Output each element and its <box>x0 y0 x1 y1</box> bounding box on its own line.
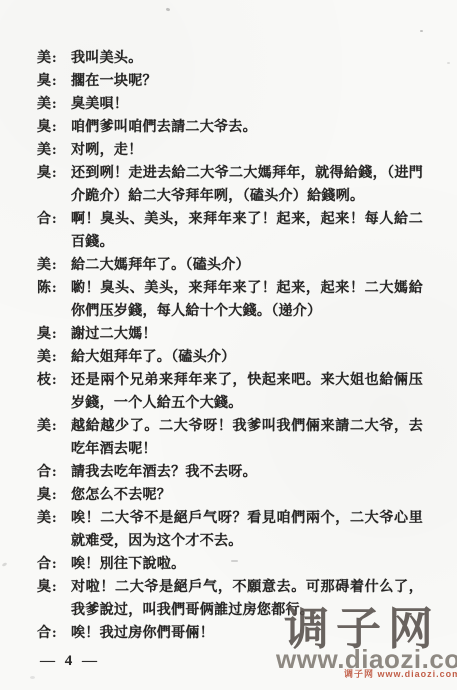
dialogue-text: 我叫美头。 <box>71 47 423 70</box>
dialogue-text: 还是兩个兄弟来拜年来了，快起来吧。来大姐也給倆压岁錢，一个人給五个大錢。 <box>71 369 423 415</box>
speaker-label: 臭: <box>37 323 71 346</box>
speaker-label: 合: <box>37 208 71 231</box>
dialogue-text: 擱在一块呢？ <box>71 70 423 93</box>
dialogue-text: 越給越少了。二大爷呀！我爹叫我們倆来請二大爷，去吃年酒去呢！ <box>71 415 423 461</box>
dialogue-turn: 合: 啊！臭头、美头，来拜年来了！起来，起来！每人給二百錢。 <box>37 208 423 254</box>
dialogue-text: 还到咧！走进去給二大爷二大媽拜年，就得給錢，（进門介跪介）給二大爷拜年咧，（磕头… <box>71 162 423 208</box>
dialogue-text: 咱們爹叫咱們去請二大爷去。 <box>71 116 423 139</box>
dialogue-turn: 臭: 擱在一块呢？ <box>37 70 423 93</box>
speaker-label: 美: <box>37 139 71 162</box>
speaker-label: 美: <box>37 93 71 116</box>
dialogue-turn: 臭: 咱們爹叫咱們去請二大爷去。 <box>37 116 423 139</box>
dialogue-text: 您怎么不去呢？ <box>71 484 423 507</box>
speaker-label: 臭: <box>37 484 71 507</box>
dialogue-turn: 美: 臭美唄！ <box>37 93 423 116</box>
speaker-label: 臭: <box>37 576 71 599</box>
dialogue-text: 給大姐拜年了。（磕头介） <box>71 346 423 369</box>
dialogue-turn: 美: 唉！二大爷不是絕戶气呀？看見咱們兩个，二大爷心里就难受，因为这个才不去。 <box>37 507 423 553</box>
speaker-label: 合: <box>37 622 71 645</box>
scan-speck <box>166 7 171 11</box>
dialogue-text: 唉！別往下說啦。 <box>71 553 423 576</box>
dialogue-turn: 美: 給大姐拜年了。（磕头介） <box>37 346 423 369</box>
dialogue-list: 美: 我叫美头。 臭: 擱在一块呢？ 美: 臭美唄！ 臭: 咱們爹叫咱們去請二大… <box>37 47 423 645</box>
speaker-label: 臭: <box>37 70 71 93</box>
scan-speck <box>30 676 35 679</box>
dialogue-turn: 美: 我叫美头。 <box>37 47 423 70</box>
speaker-label: 臭: <box>37 162 71 185</box>
speaker-label: 陈: <box>37 277 71 300</box>
scan-speck <box>420 30 423 32</box>
speaker-label: 美: <box>37 507 71 530</box>
dialogue-turn: 陈: 喲！臭头、美头，来拜年来了！起来，起来！二大媽給你們压岁錢，每人給十个大錢… <box>37 277 423 323</box>
scanned-book-page: 美: 我叫美头。 臭: 擱在一块呢？ 美: 臭美唄！ 臭: 咱們爹叫咱們去請二大… <box>0 0 457 690</box>
dialogue-turn: 臭: 您怎么不去呢？ <box>37 484 423 507</box>
dialogue-turn: 枝: 还是兩个兄弟来拜年来了，快起来吧。来大姐也給倆压岁錢，一个人給五个大錢。 <box>37 369 423 415</box>
dialogue-turn: 合: 唉！別往下說啦。 <box>37 553 423 576</box>
dialogue-turn: 美: 越給越少了。二大爷呀！我爹叫我們倆来請二大爷，去吃年酒去呢！ <box>37 415 423 461</box>
speaker-label: 枝: <box>37 369 71 392</box>
speaker-label: 美: <box>37 415 71 438</box>
dialogue-text: 唉！二大爷不是絕戶气呀？看見咱們兩个，二大爷心里就难受，因为这个才不去。 <box>71 507 423 553</box>
dialogue-turn: 美: 对咧，走！ <box>37 139 423 162</box>
speaker-label: 美: <box>37 346 71 369</box>
dialogue-text: 啊！臭头、美头，来拜年来了！起来，起来！每人給二百錢。 <box>71 208 423 254</box>
watermark-site-url: www.diaozi.com <box>276 644 457 675</box>
speaker-label: 合: <box>37 461 71 484</box>
page-number: — 4 — <box>40 653 100 670</box>
dialogue-turn: 合: 請我去吃年酒去？我不去呀。 <box>37 461 423 484</box>
dialogue-text: 謝过二大媽！ <box>71 323 423 346</box>
scan-speck <box>447 62 450 64</box>
dialogue-text: 給二大媽拜年了。（磕头介） <box>71 254 423 277</box>
speaker-label: 美: <box>37 47 71 70</box>
scan-speck <box>2 562 8 567</box>
dialogue-turn: 臭: 謝过二大媽！ <box>37 323 423 346</box>
speaker-label: 美: <box>37 254 71 277</box>
dialogue-text: 臭美唄！ <box>71 93 423 116</box>
speaker-label: 合: <box>37 553 71 576</box>
dialogue-text: 請我去吃年酒去？我不去呀。 <box>71 461 423 484</box>
dialogue-text: 喲！臭头、美头，来拜年来了！起来，起来！二大媽給你們压岁錢，每人給十个大錢。（递… <box>71 277 423 323</box>
speaker-label: 臭: <box>37 116 71 139</box>
dialogue-turn: 美: 給二大媽拜年了。（磕头介） <box>37 254 423 277</box>
dialogue-turn: 臭: 还到咧！走进去給二大爷二大媽拜年，就得給錢，（进門介跪介）給二大爷拜年咧，… <box>37 162 423 208</box>
dialogue-text: 对咧，走！ <box>71 139 423 162</box>
